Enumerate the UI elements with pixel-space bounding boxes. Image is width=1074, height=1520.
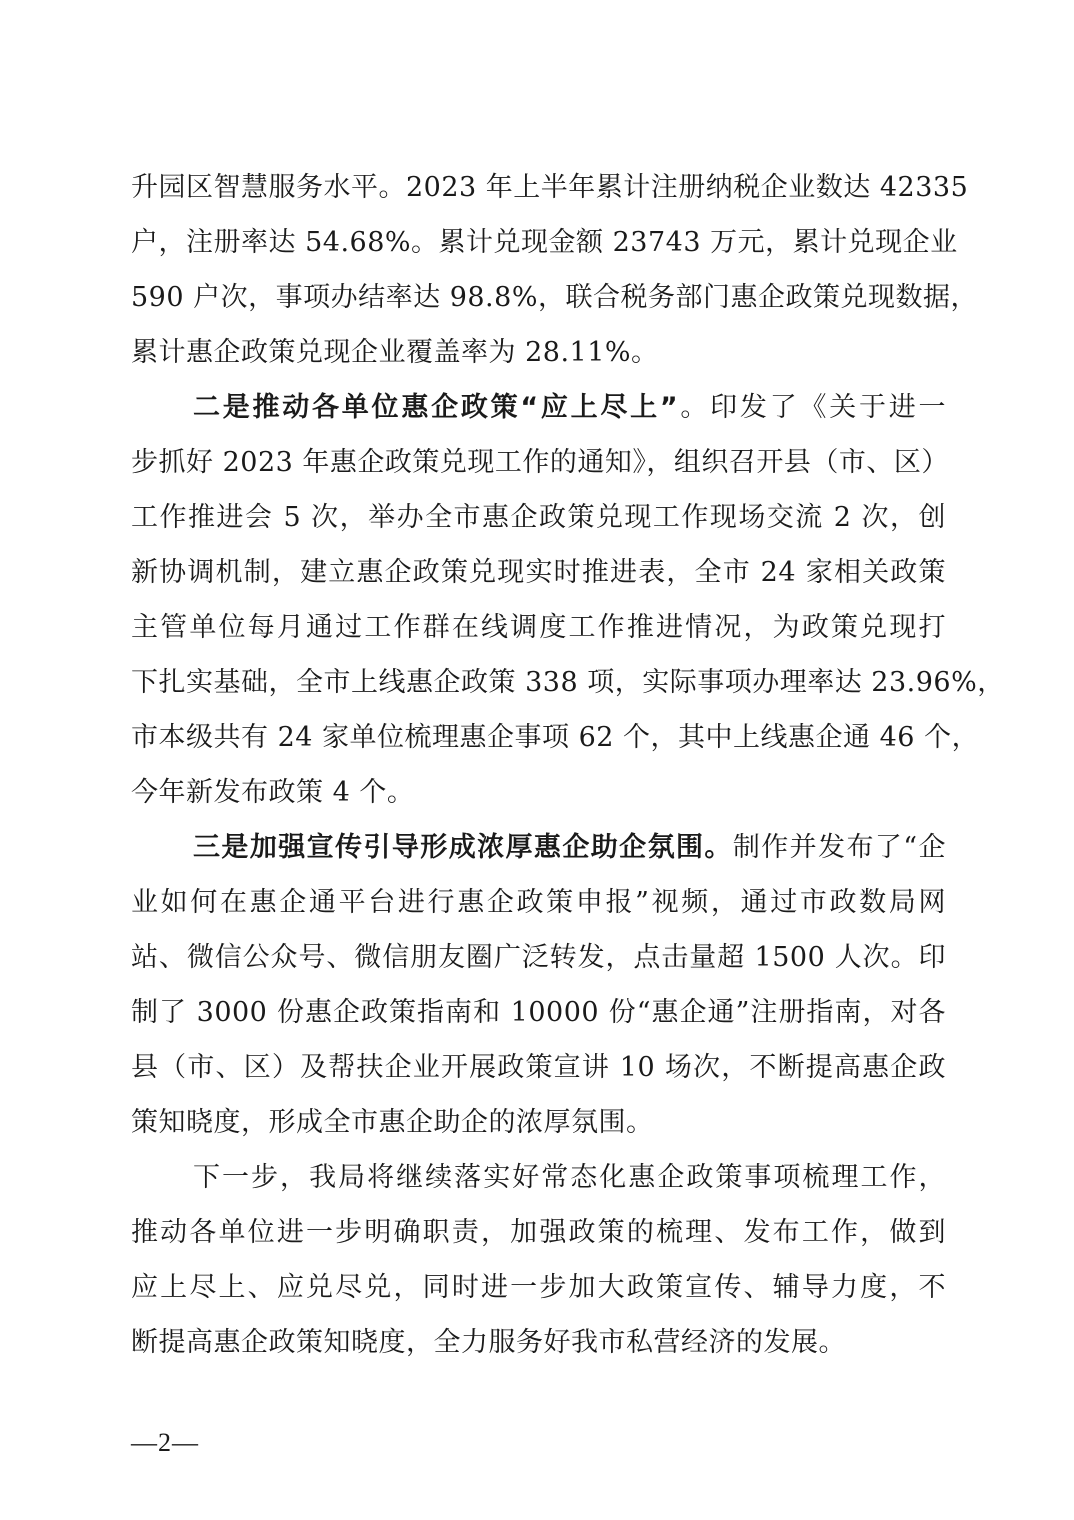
paragraph-continuation: 升园区智慧服务水平。2023 年上半年累计注册纳税企业数达 42335 户，注册… (131, 160, 946, 380)
document-body: 升园区智慧服务水平。2023 年上半年累计注册纳税企业数达 42335 户，注册… (131, 160, 946, 1370)
paragraph-next-steps: 下一步，我局将继续落实好常态化惠企政策事项梳理工作， 推动各单位进一步明确职责，… (131, 1150, 946, 1370)
text-line: 升园区智慧服务水平。2023 年上半年累计注册纳税企业数达 42335 (131, 160, 946, 215)
text-line: 主管单位每月通过工作群在线调度工作推进情况，为政策兑现打 (131, 600, 946, 655)
page-number: —2— (131, 1428, 199, 1458)
text-line: 策知晓度，形成全市惠企助企的浓厚氛围。 (131, 1095, 946, 1150)
text-line: 户，注册率达 54.68%。累计兑现金额 23743 万元，累计兑现企业 (131, 215, 946, 270)
paragraph-publicity: 三是加强宣传引导形成浓厚惠企助企氛围。制作并发布了“企 业如何在惠企通平台进行惠… (131, 820, 946, 1150)
text-line-first: 二是推动各单位惠企政策“应上尽上”。印发了《关于进一 (131, 380, 946, 435)
text-line: 工作推进会 5 次，举办全市惠企政策兑现工作现场交流 2 次，创 (131, 490, 946, 545)
text-line: 今年新发布政策 4 个。 (131, 765, 946, 820)
text-line-first: 三是加强宣传引导形成浓厚惠企助企氛围。制作并发布了“企 (131, 820, 946, 875)
paragraph-lead-heading: 三是加强宣传引导形成浓厚惠企助企氛围。 (193, 832, 733, 863)
paragraph-first-line-rest: 。印发了《关于进一 (678, 392, 946, 423)
text-line: 590 户次，事项办结率达 98.8%，联合税务部门惠企政策兑现数据， (131, 270, 946, 325)
paragraph-policy-online: 二是推动各单位惠企政策“应上尽上”。印发了《关于进一 步抓好 2023 年惠企政… (131, 380, 946, 820)
text-line: 断提高惠企政策知晓度，全力服务好我市私营经济的发展。 (131, 1315, 946, 1370)
text-line: 制了 3000 份惠企政策指南和 10000 份“惠企通”注册指南，对各 (131, 985, 946, 1040)
text-line: 推动各单位进一步明确职责，加强政策的梳理、发布工作，做到 (131, 1205, 946, 1260)
text-line: 应上尽上、应兑尽兑，同时进一步加大政策宣传、辅导力度，不 (131, 1260, 946, 1315)
text-line: 新协调机制，建立惠企政策兑现实时推进表，全市 24 家相关政策 (131, 545, 946, 600)
text-line: 市本级共有 24 家单位梳理惠企事项 62 个，其中上线惠企通 46 个， (131, 710, 946, 765)
document-page: 升园区智慧服务水平。2023 年上半年累计注册纳税企业数达 42335 户，注册… (0, 0, 1074, 1520)
text-line: 步抓好 2023 年惠企政策兑现工作的通知》，组织召开县（市、区） (131, 435, 946, 490)
text-line-first: 下一步，我局将继续落实好常态化惠企政策事项梳理工作， (131, 1150, 946, 1205)
text-line: 县（市、区）及帮扶企业开展政策宣讲 10 场次，不断提高惠企政 (131, 1040, 946, 1095)
text-line: 累计惠企政策兑现企业覆盖率为 28.11%。 (131, 325, 946, 380)
paragraph-first-line-rest: 制作并发布了“企 (733, 832, 946, 863)
text-line: 站、微信公众号、微信朋友圈广泛转发，点击量超 1500 人次。印 (131, 930, 946, 985)
text-line: 业如何在惠企通平台进行惠企政策申报”视频，通过市政数局网 (131, 875, 946, 930)
paragraph-lead-heading: 二是推动各单位惠企政策“应上尽上” (193, 392, 678, 423)
text-line: 下扎实基础，全市上线惠企政策 338 项，实际事项办理率达 23.96%， (131, 655, 946, 710)
